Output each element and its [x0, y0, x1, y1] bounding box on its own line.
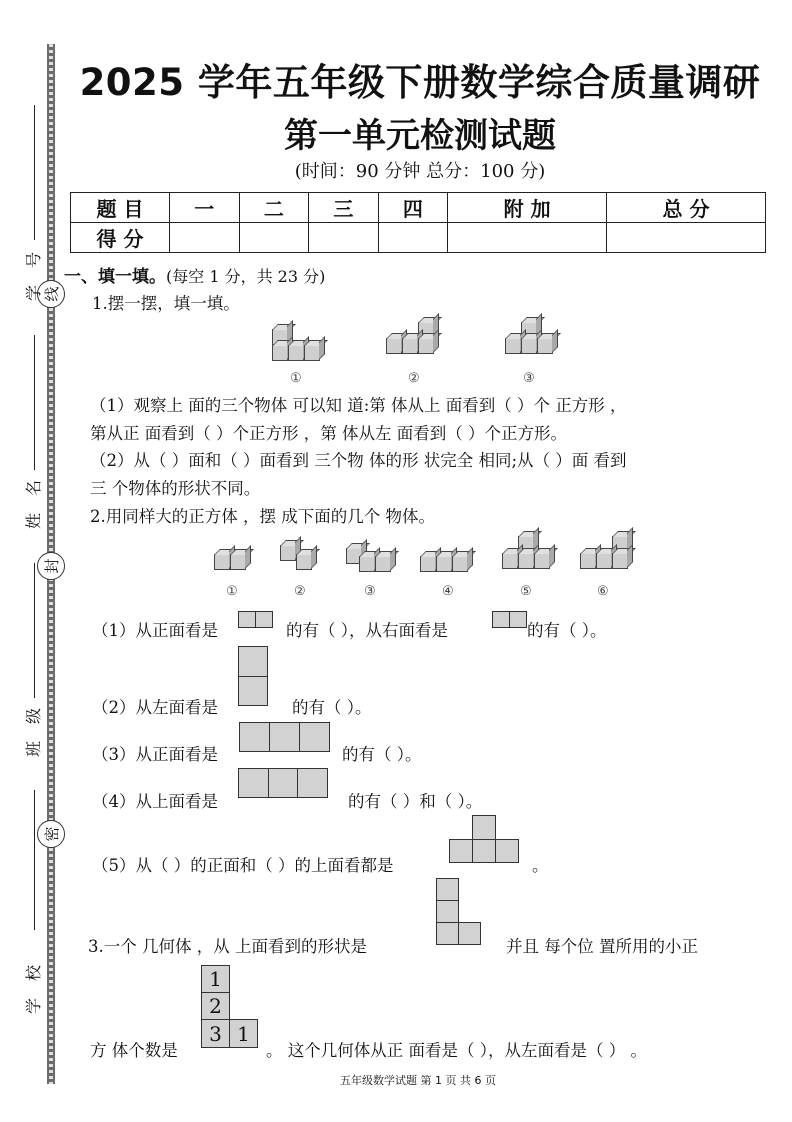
- q2-figure-label: ①: [226, 584, 238, 599]
- q1-sub2-line1: （2）从（ ）面和（ ）面看到 三个物 体的形 状完全 相同;从（ ）面 看到: [90, 447, 627, 471]
- q1-figure-label: ③: [523, 371, 535, 386]
- q2-sub4-b: 的有（ ）和（ ）。: [348, 788, 482, 812]
- student-id-line: [34, 105, 35, 240]
- q2-figure-label: ⑥: [597, 584, 609, 599]
- school-line: [34, 790, 35, 930]
- view-shape-square: [495, 839, 519, 863]
- q2-sub5-a: （5）从（ ）的正面和（ ）的上面看都是: [92, 852, 394, 876]
- score-header-cell: 附 加: [448, 193, 607, 223]
- top-view-square: [436, 878, 459, 901]
- section-title: 一、填一填。: [64, 267, 166, 287]
- score-cell[interactable]: [448, 223, 607, 253]
- view-shape-square: [492, 611, 510, 628]
- q2-sub1-c: 的有（ ）。: [527, 617, 607, 641]
- q2-sub5-b: 。: [532, 852, 549, 876]
- q2-figure-label: ③: [364, 584, 376, 599]
- score-cell[interactable]: [239, 223, 309, 253]
- count-grid-cell: 3: [201, 1019, 230, 1048]
- view-shape-square: [299, 722, 330, 752]
- view-shape-square: [238, 611, 256, 628]
- q1-prompt: 1.摆一摆，填一填。: [92, 290, 240, 314]
- score-table: 题 目 一 二 三 四 附 加 总 分 得 分: [70, 192, 766, 253]
- q2-sub2-a: （2）从左面看是: [92, 694, 218, 718]
- score-cell[interactable]: [607, 223, 766, 253]
- page-subtitle-title: 第一单元检测试题: [60, 108, 780, 157]
- count-grid-cell: 1: [229, 1019, 258, 1048]
- q3-line1-a: 3.一个 几何体 ，从 上面看到的形状是: [88, 933, 367, 957]
- q2-figure-label: ⑤: [520, 584, 532, 599]
- top-view-square: [458, 922, 481, 945]
- score-header-cell: 三: [309, 193, 379, 223]
- score-header-cell: 四: [378, 193, 448, 223]
- score-header-cell: 总 分: [607, 193, 766, 223]
- q2-sub2-b: 的有（ ）。: [292, 694, 372, 718]
- q3-line2-a: 方 体个数是: [90, 1037, 178, 1061]
- page-title: 2025 学年五年级下册数学综合质量调研: [60, 52, 780, 106]
- view-shape-square: [297, 768, 328, 798]
- q3-line1-b: 并且 每个位 置所用的小正: [506, 933, 698, 957]
- view-shape-square: [472, 815, 496, 840]
- q1-figure-label: ②: [408, 371, 420, 386]
- score-cell[interactable]: [309, 223, 379, 253]
- score-table-header-row: 题 目 一 二 三 四 附 加 总 分: [71, 193, 766, 223]
- seal-mi: 密: [37, 820, 65, 848]
- q2-sub4-a: （4）从上面看是: [92, 788, 218, 812]
- score-row-label: 得 分: [71, 223, 170, 253]
- score-cell[interactable]: [378, 223, 448, 253]
- view-shape-square: [449, 839, 473, 863]
- view-shape-square: [238, 676, 268, 706]
- q3-line2-b: 。 这个几何体从正 面看是（ ），从左面看是（ ） 。: [266, 1037, 647, 1061]
- score-header-cell: 二: [239, 193, 309, 223]
- view-shape-square: [509, 611, 527, 628]
- score-header-cell: 一: [170, 193, 240, 223]
- class-line: [34, 563, 35, 698]
- section-note: (每空 1 分，共 23 分): [166, 267, 325, 286]
- q2-sub3-b: 的有（ ）。: [342, 741, 422, 765]
- q2-figure-label: ④: [442, 584, 454, 599]
- q2-sub1-b: 的有（ ），从右面看是: [286, 617, 448, 641]
- name-line: [34, 335, 35, 470]
- q1-sub1-line2: 第从正 面看到（ ）个正方形 ，第 体从左 面看到（ ）个正方形。: [90, 420, 567, 444]
- count-grid-cell: 2: [201, 992, 230, 1020]
- exam-info: (时间：90 分钟 总分：100 分): [60, 157, 780, 183]
- q2-sub1-a: （1）从正面看是: [92, 617, 218, 641]
- view-shape-square: [255, 611, 273, 628]
- score-cell[interactable]: [170, 223, 240, 253]
- q1-sub2-line2: 三 个物体的形状不同。: [90, 475, 260, 499]
- score-header-cell: 题 目: [71, 193, 170, 223]
- view-shape-square: [238, 646, 268, 677]
- seal-feng: 封: [37, 552, 65, 580]
- q2-sub3-a: （3）从正面看是: [92, 741, 218, 765]
- q1-sub1-line1: （1）观察上 面的三个物体 可以知 道:第 体从上 面看到（ ）个 正方形 ，: [90, 392, 627, 416]
- view-shape-square: [238, 768, 269, 798]
- view-shape-square: [472, 839, 496, 863]
- q1-figure-label: ①: [290, 371, 302, 386]
- view-shape-square: [239, 722, 270, 752]
- q2-prompt: 2.用同样大的正方体 ，摆 成下面的几个 物体。: [90, 503, 435, 527]
- top-view-square: [436, 922, 459, 945]
- view-shape-square: [269, 722, 300, 752]
- name-label: 姓 名: [21, 474, 44, 529]
- class-label: 班 级: [21, 702, 44, 757]
- view-shape-square: [268, 768, 298, 798]
- school-label: 学 校: [21, 959, 44, 1014]
- page-footer: 五年级数学试题 第 1 页 共 6 页: [0, 1072, 792, 1088]
- count-grid-cell: 1: [201, 965, 230, 993]
- top-view-square: [436, 900, 459, 923]
- section-heading: 一、填一填。(每空 1 分，共 23 分): [64, 262, 325, 287]
- student-id-label: 学 号: [21, 246, 44, 301]
- score-table-score-row: 得 分: [71, 223, 766, 253]
- q2-figure-label: ②: [294, 584, 306, 599]
